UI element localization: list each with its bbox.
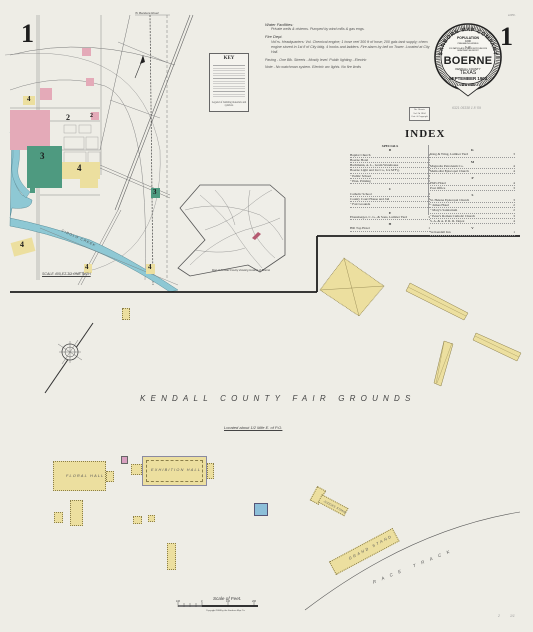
fair-grounds-title: KENDALL COUNTY FAIR GROUNDS [140,394,416,403]
corner-mark: 2 [498,614,500,618]
small-building [70,500,83,526]
sheet-number-left: 1 [21,21,34,47]
index-entry[interactable]: Post Office3 [430,186,515,191]
seal-publisher-city: NEW YORK [433,84,503,87]
index-title: INDEX [405,128,445,140]
floral-hall-label: FLORAL HALL [66,474,104,478]
small-building [133,516,142,524]
copyright-credit: Copyright 1904 by the Sanborn Map Co. [206,610,245,612]
road-label: To Bandera Road [135,11,158,15]
index-entry[interactable]: King & Wing, Lumber Yard3 [430,152,515,157]
floral-hall: FLORAL HALL [53,461,106,491]
index-entry[interactable]: S. A. & A. P. R. R. Depot4 [430,219,515,224]
brick-block-upper [40,88,52,100]
block-number: 4 [148,264,152,271]
index-entry[interactable]: " Fair Grounds1 [350,202,430,207]
key-title: KEY [210,56,248,61]
compass-rose-icon [45,323,93,393]
exhibition-hall-label: EXHIBITION HALL [151,468,201,472]
index-left-column: SPECIALS B Baptist Church2 Boerne Hotel2… [350,144,430,232]
scale-tick: 200 [252,600,256,603]
scale-note: SCALE 400 FT TO ONE INCH [42,272,91,276]
title-seal: SANBORN MAP COMPANY POPULATION 1000 PREV… [433,22,503,92]
key-label: Legend of building materials and symbols [210,101,248,107]
index-divider [428,145,429,215]
stamp-line-3: Cert. & Copyright [410,116,429,120]
floral-hall-annex [106,471,114,482]
note-text: Note - No watchman system. Electric arc … [265,65,435,70]
brick-block-center [10,110,50,150]
brick-small-building [121,456,128,464]
pencil-mark: 1/25/.. [508,13,516,17]
exhibition-hall-east-annex [207,463,214,479]
exhibition-hall: EXHIBITION HALL [142,456,207,486]
scale-tick: 100 [226,600,230,603]
pencil-note: 6321 05338 1 8 '09 [452,106,481,110]
corner-mark: 1/1 [510,614,515,618]
county-inset-caption: Map of Kendall County showing location o… [212,269,270,272]
index-entry[interactable]: Hill Top Hotel1 [350,226,430,231]
seal-particulars: FOR PARTICULARS OF WATER SUPPLY AND FIRE… [445,49,491,53]
block-number: 3 [153,189,157,196]
seal-particulars-2: DEPARTMENT SEE REPORT [457,51,479,52]
copyright-stamp: No. Sheets Vol. 2d 1904 Cert. & Copyrigh… [409,107,430,121]
small-building [148,515,155,522]
block-number: 4 [77,164,82,173]
seal-town: BOERNE [433,55,503,67]
index-entry[interactable]: Methodist Episcopal Church4 [430,169,515,174]
small-blue-building [254,503,268,516]
stone-building-creek [30,188,35,193]
index-entry[interactable]: Ve Kendall Inn1 [430,230,515,235]
block-number: 4 [20,241,24,249]
seal-date: SEPTEMBER 1904 [433,76,503,81]
map-sheet: 2 2 3 4 4 4 4 3 4 SCALE 400 FT TO ONE IN… [0,0,533,632]
block-number: 3 [40,152,45,161]
brick-building-mid [86,78,94,86]
seal-winds: PREVAILING WINDS [433,43,503,45]
small-building-north [122,308,130,320]
small-building [54,512,63,523]
key-legend [213,63,245,99]
small-building-south [167,543,176,570]
scale-tick: 0 [201,600,202,603]
brick-building-north [82,48,91,56]
block-number: 2 [66,114,70,122]
paving-text: Paving - One Blk. Streets - Mostly level… [265,58,435,63]
block-number: 2 [90,113,93,119]
fair-location-note: Located about 1/2 Mile E. of P.O. [224,425,282,430]
block-number: 4 [27,96,31,103]
notes-block: Water Facilities: Private wells & cister… [265,22,435,71]
index-entry[interactable]: Ebensberger, C. G., & Sons, Lumber Yard3 [350,215,430,220]
frame-block-mid [80,178,98,188]
scale-tick: 100 [176,600,180,603]
key-box: KEY Legend of building materials and sym… [209,53,249,112]
exhibition-hall-west-annex [131,464,142,475]
index-right-column: K King & Wing, Lumber Yard3 M Magnolia P… [430,148,515,236]
index-entry[interactable]: " Pian. Printing2 [350,179,430,184]
block-number: 4 [85,264,89,271]
water-facilities-text: Private wells & cisterns. Pumped by wind… [265,27,435,32]
fire-dept-text: Vol'rs. Headquarters: Vol. Chemical engi… [265,40,435,56]
